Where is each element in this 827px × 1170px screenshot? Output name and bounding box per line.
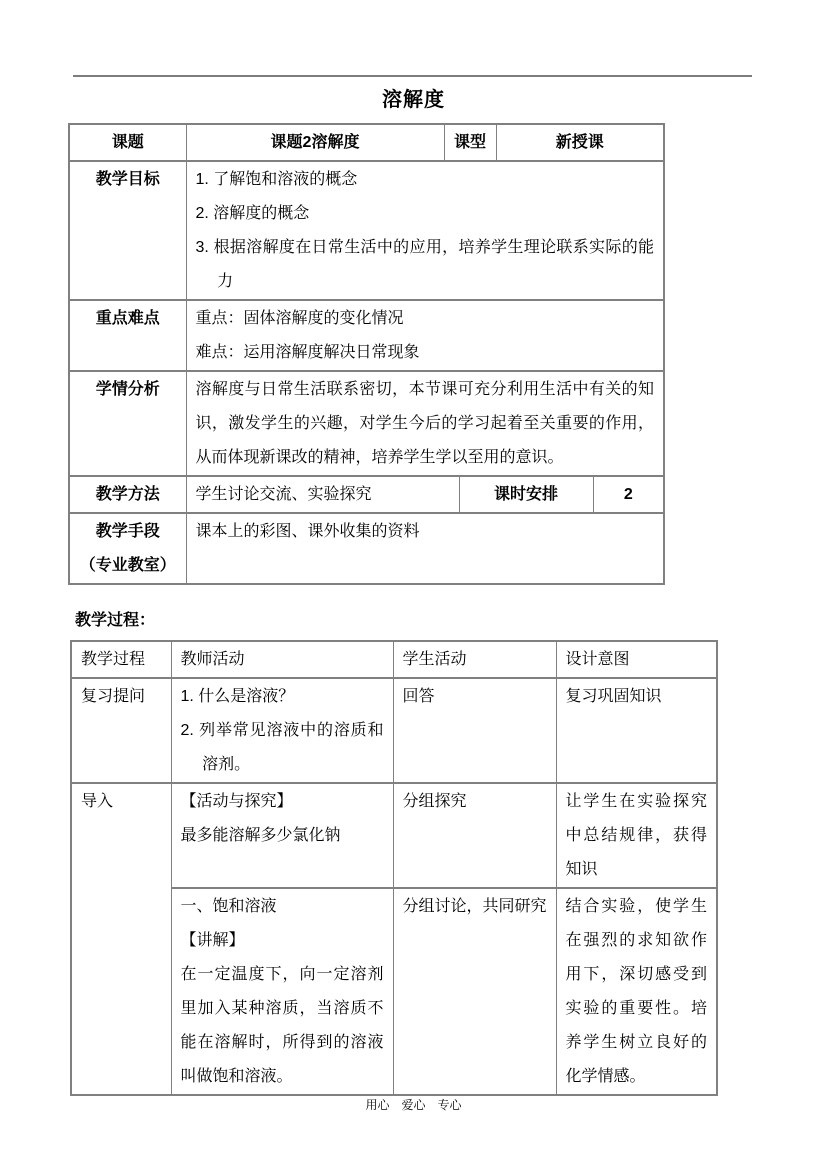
means-label: 教学手段 （专业教室）: [69, 513, 186, 584]
saturated-teacher-line: 一、饱和溶液: [181, 890, 384, 924]
stage-review: 复习提问: [71, 678, 171, 783]
means-label-line: 教学手段: [79, 515, 177, 549]
teaching-process-table: 教学过程 教师活动 学生活动 设计意图 复习提问 1. 什么是溶液？ 2. 列举…: [70, 640, 718, 1096]
stage-intro: 导入: [71, 783, 171, 1095]
process-section-heading: 教学过程：: [75, 607, 155, 630]
header-stage: 教学过程: [71, 641, 171, 678]
intro-student-cell: 分组探究: [393, 783, 556, 888]
page-footer-motto: 用心 爱心 专心: [0, 1096, 827, 1113]
info-row-methods: 教学方法 学生讨论交流、实验探究 课时安排 2: [69, 476, 664, 513]
keypoints-cell: 重点：固体溶解度的变化情况 难点：运用溶解度解决日常现象: [186, 300, 664, 371]
intro-teacher-line: 最多能溶解多少氯化钠: [181, 819, 384, 853]
topic-value: 课题2溶解度: [186, 124, 444, 161]
review-teacher-cell: 1. 什么是溶液？ 2. 列举常见溶液中的溶质和溶剂。: [171, 678, 393, 783]
document-page: 溶解度 课题 课题2溶解度 课型 新授课 教学目标 1. 了解饱和溶液的概念 2…: [0, 0, 827, 1170]
objective-item: 3. 根据溶解度在日常生活中的应用，培养学生理论联系实际的能力: [196, 231, 655, 299]
lesson-info-table: 课题 课题2溶解度 课型 新授课 教学目标 1. 了解饱和溶液的概念 2. 溶解…: [68, 123, 665, 585]
objectives-label: 教学目标: [69, 161, 186, 300]
objective-item: 1. 了解饱和溶液的概念: [196, 163, 655, 197]
review-intent-cell: 复习巩固知识: [556, 678, 717, 783]
analysis-label: 学情分析: [69, 371, 186, 476]
saturated-teacher-line: 【讲解】: [181, 924, 384, 958]
course-type-value: 新授课: [496, 124, 664, 161]
saturated-intent-cell: 结合实验，使学生在强烈的求知欲作用下，深切感受到实验的重要性。培养学生树立良好的…: [556, 888, 717, 1095]
intro-teacher-line: 【活动与探究】: [181, 785, 384, 819]
means-label-line: （专业教室）: [79, 549, 177, 583]
info-row-analysis: 学情分析 溶解度与日常生活联系密切，本节课可充分利用生活中有关的知识，激发学生的…: [69, 371, 664, 476]
review-teacher-item: 1. 什么是溶液？: [181, 680, 384, 714]
topic-label: 课题: [69, 124, 186, 161]
keypoint-line: 重点：固体溶解度的变化情况: [196, 302, 655, 336]
analysis-cell: 溶解度与日常生活联系密切，本节课可充分利用生活中有关的知识，激发学生的兴趣，对学…: [186, 371, 664, 476]
header-design-intent: 设计意图: [556, 641, 717, 678]
schedule-value: 2: [593, 476, 664, 513]
schedule-label: 课时安排: [459, 476, 593, 513]
saturated-student-cell: 分组讨论，共同研究: [393, 888, 556, 1095]
objective-item: 2. 溶解度的概念: [196, 197, 655, 231]
process-row-review: 复习提问 1. 什么是溶液？ 2. 列举常见溶液中的溶质和溶剂。 回答 复习巩固…: [71, 678, 717, 783]
objectives-cell: 1. 了解饱和溶液的概念 2. 溶解度的概念 3. 根据溶解度在日常生活中的应用…: [186, 161, 664, 300]
header-student-activity: 学生活动: [393, 641, 556, 678]
course-type-label: 课型: [444, 124, 496, 161]
info-row-keypoints: 重点难点 重点：固体溶解度的变化情况 难点：运用溶解度解决日常现象: [69, 300, 664, 371]
keypoints-label: 重点难点: [69, 300, 186, 371]
review-student-cell: 回答: [393, 678, 556, 783]
saturated-teacher-text: 在一定温度下，向一定溶剂里加入某种溶质，当溶质不能在溶解时，所得到的溶液叫做饱和…: [181, 958, 384, 1094]
intro-intent-cell: 让学生在实验探究中总结规律，获得知识: [556, 783, 717, 888]
info-row-objectives: 教学目标 1. 了解饱和溶液的概念 2. 溶解度的概念 3. 根据溶解度在日常生…: [69, 161, 664, 300]
saturated-teacher-cell: 一、饱和溶液 【讲解】 在一定温度下，向一定溶剂里加入某种溶质，当溶质不能在溶解…: [171, 888, 393, 1095]
document-title: 溶解度: [0, 83, 827, 112]
info-row-means: 教学手段 （专业教室） 课本上的彩图、课外收集的资料: [69, 513, 664, 584]
process-header-row: 教学过程 教师活动 学生活动 设计意图: [71, 641, 717, 678]
analysis-text: 溶解度与日常生活联系密切，本节课可充分利用生活中有关的知识，激发学生的兴趣，对学…: [196, 373, 655, 475]
header-teacher-activity: 教师活动: [171, 641, 393, 678]
process-row-intro: 导入 【活动与探究】 最多能溶解多少氯化钠 分组探究 让学生在实验探究中总结规律…: [71, 783, 717, 888]
info-row-topic: 课题 课题2溶解度 课型 新授课: [69, 124, 664, 161]
header-rule: [73, 75, 752, 77]
methods-value: 学生讨论交流、实验探究: [186, 476, 459, 513]
methods-label: 教学方法: [69, 476, 186, 513]
means-value: 课本上的彩图、课外收集的资料: [186, 513, 664, 584]
intro-teacher-cell: 【活动与探究】 最多能溶解多少氯化钠: [171, 783, 393, 888]
review-teacher-item: 2. 列举常见溶液中的溶质和溶剂。: [181, 714, 384, 782]
keypoint-line: 难点：运用溶解度解决日常现象: [196, 336, 655, 370]
